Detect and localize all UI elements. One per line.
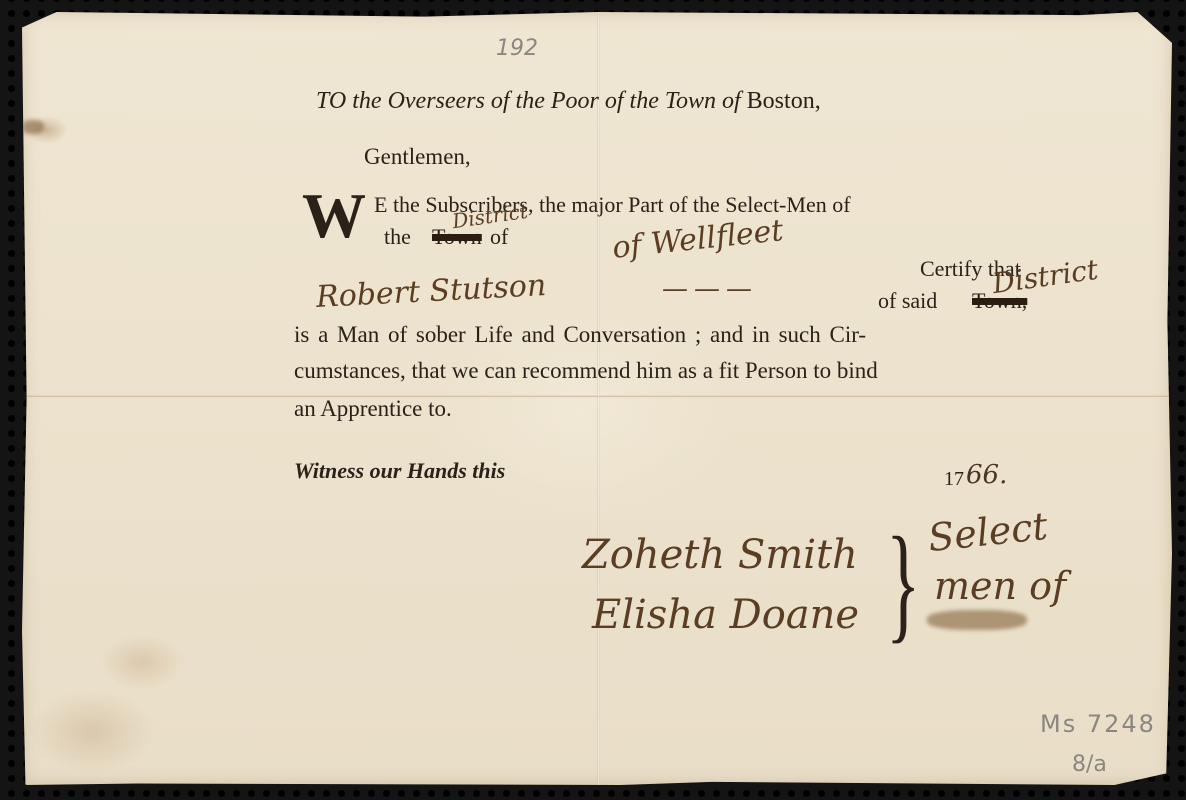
vertical-fold-line (597, 12, 600, 785)
signature-zoheth-smith: Zoheth Smith (582, 532, 858, 578)
stain (22, 120, 44, 134)
body-line-4: is a Man of sober Life and Conversation … (294, 322, 866, 348)
signature-brace: } (886, 518, 920, 648)
archive-pencil-number: 192 (496, 36, 538, 61)
year-handwritten: 66. (966, 460, 1007, 490)
body-line-2-of: of (490, 224, 508, 250)
folded-corner (1144, 12, 1172, 42)
handwritten-dash: ——— (662, 274, 758, 304)
body-line-2-prefix: the (384, 224, 411, 250)
body-line-6: an Apprentice to. (294, 396, 452, 422)
salutation: Gentlemen, (364, 144, 471, 170)
heading-italic: TO the Overseers of the Poor of the Town… (316, 88, 747, 114)
document-paper: 192 TO the Overseers of the Poor of the … (22, 12, 1172, 785)
heading-boston: Boston, (747, 88, 821, 114)
signature-elisha-doane: Elisha Doane (592, 592, 859, 638)
year-printed: 17 (944, 468, 964, 491)
document-heading: TO the Overseers of the Poor of the Town… (316, 88, 821, 115)
drop-cap: W (302, 184, 366, 248)
role-select: Select (926, 504, 1050, 560)
body-line-3-suffix: of said (878, 288, 937, 314)
smudged-word (927, 610, 1027, 630)
archive-sub-reference: 8/a (1072, 752, 1107, 777)
role-men-of: men of (934, 564, 1066, 608)
handwritten-person-name: Robert Stutson (315, 268, 547, 315)
body-line-5: cumstances, that we can recommend him as… (294, 358, 878, 384)
archive-reference: Ms 7248 (1040, 710, 1156, 738)
handwritten-town-name: of Wellfleet (611, 213, 785, 266)
witness-label: Witness our Hands this (294, 458, 505, 484)
